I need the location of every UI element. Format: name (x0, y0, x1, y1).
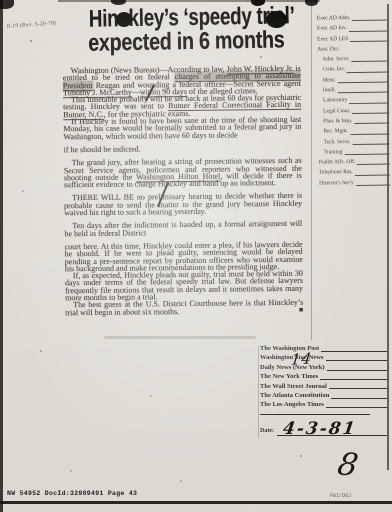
newspaper-source-label: The Atlanta Constitution (260, 391, 329, 400)
routing-item-label: Exec AD Inv. (317, 23, 347, 34)
article-body: Washington (News Bureau)—According to la… (63, 65, 304, 316)
newspaper-source-label: The Los Angeles Times (260, 400, 324, 409)
scan-smear (104, 336, 256, 339)
routing-item-blank-line (349, 102, 389, 104)
routing-item-blank-line (347, 71, 389, 73)
routing-item-label: Exec AD LES (317, 34, 348, 45)
article-paragraph: THERE WILL BE no preliminary hearing to … (64, 192, 302, 216)
routing-item-blank-line (356, 185, 390, 186)
newspaper-source-label: The Wall Street Journal (260, 382, 327, 391)
article-paragraph: Washington (News Bureau)—According to la… (63, 65, 301, 97)
date-label: Date: (260, 427, 274, 436)
article-paragraph: Ten days after the indictment is handed … (64, 220, 302, 237)
stamp-edge-line (258, 346, 259, 438)
routing-item-label: Legal Coun. (323, 106, 350, 117)
routing-item-blank-line (338, 92, 389, 94)
newspaper-source-row: The New York Times (260, 372, 387, 381)
handwritten-page-number: 8 (335, 449, 360, 480)
routing-item-blank-line (354, 123, 389, 124)
newspaper-source-row: Washington Star-News (260, 353, 387, 362)
newspaper-source-blank-line (329, 388, 387, 389)
newspaper-source-blank-line (331, 398, 387, 399)
routing-item-blank-line (353, 143, 390, 145)
routing-item-label: Intell. (323, 85, 336, 95)
article-end-mark: ■ (291, 306, 303, 313)
fbi-routing-list: Exec AD Adm.Exec AD Inv.Exec AD LESAsst.… (317, 13, 390, 189)
newspaper-source-row: The Wall Street Journal (260, 382, 387, 391)
article-paragraph: court here. At this time, Hinckley could… (65, 241, 303, 273)
scan-edge-bottom (0, 501, 392, 504)
routing-item-label: Telephone Rm. (319, 167, 353, 178)
routing-item-blank-line (350, 40, 388, 42)
scan-corner-smudge (0, 0, 14, 9)
headline-line-2: expected in 6 months (79, 28, 294, 56)
newspaper-source-row: The Los Angeles Times (260, 400, 387, 409)
newspaper-source-blank-line (326, 407, 387, 408)
newspaper-source-blank-line (326, 360, 387, 361)
newspaper-source-rows: The Washington PostWashington Star-NewsD… (260, 344, 387, 410)
newspaper-source-stamp: The Washington PostWashington Star-NewsD… (260, 344, 387, 437)
routing-item-label: Public Affs. Off. (319, 157, 356, 168)
routing-item-label: Rec. Mgnt. (323, 126, 348, 137)
date-blank-line: 4-3-81 (277, 420, 387, 436)
newspaper-source-row: The Atlanta Constitution (260, 391, 387, 400)
routing-item-label: Laboratory (323, 95, 348, 106)
routing-item-label: Adm. Servs. (322, 54, 350, 65)
handwritten-date: 4-3-81 (282, 422, 358, 437)
form-number-stamp: 0-19 (Rev. 5-20-78) (7, 20, 57, 29)
routing-item-label: Exec AD Adm. (317, 13, 351, 24)
routing-item-label: Director's Sec'y (319, 178, 354, 189)
article-paragraph: If Hinckley is found to have been sane a… (63, 116, 301, 140)
article-paragraph: If, as expected, Hinckley pleads not gui… (65, 270, 303, 302)
routing-item-label: Ident. (323, 75, 336, 85)
routing-item-blank-line (352, 20, 388, 21)
routing-item-label: Asst. Dir.: (317, 44, 340, 55)
article-paragraph: if he should be indicted. (64, 144, 302, 154)
handwritten-edition-number: 14 (290, 351, 313, 366)
routing-item-blank-line (350, 133, 389, 135)
routing-item-blank-line (355, 174, 390, 175)
newspaper-source-row: The Washington Post (260, 344, 387, 353)
newspaper-source-blank-line (321, 351, 387, 352)
newspaper-source-row: Daily News (New York) (260, 363, 387, 372)
article-paragraph: The grand jury, after hearing a string o… (64, 157, 302, 189)
footer-agency-label: FBI/DOJ (330, 493, 351, 499)
routing-item-label: Training (324, 147, 343, 158)
newspaper-source-blank-line (320, 379, 387, 380)
routing-item-label: Plan. & Insp. (323, 116, 352, 127)
routing-item-blank-line (352, 61, 389, 63)
footer-doc-info: NW 54952 DocId:32989491 Page 43 (7, 490, 137, 497)
routing-item-blank-line (357, 164, 390, 165)
routing-item-blank-line (344, 154, 389, 156)
ink-blot (266, 11, 287, 28)
clipping-edge-line (311, 2, 312, 340)
routing-item-blank-line (349, 30, 388, 32)
routing-item-label: Tech. Servs. (324, 137, 351, 148)
routing-item-label: Crim. Inv. (322, 65, 345, 76)
routing-item: Director's Sec'y (319, 177, 390, 188)
routing-item-blank-line (337, 82, 388, 84)
ink-blot (116, 12, 132, 27)
date-row: Date: 4-3-81 (260, 420, 387, 437)
article-paragraph: The best guess at the U.S. District Cour… (65, 299, 303, 316)
newspaper-source-blank-line (327, 370, 387, 371)
stamp-separator-line (260, 414, 370, 415)
scan-speckles (30, 40, 32, 42)
routing-item-blank-line (352, 112, 389, 114)
scan-edge-left (0, 0, 3, 512)
newspaper-source-label: The New York Times (260, 372, 318, 381)
scanned-document-page: 0-19 (Rev. 5-20-78) Hinckley’s ‘speedy t… (0, 0, 392, 512)
